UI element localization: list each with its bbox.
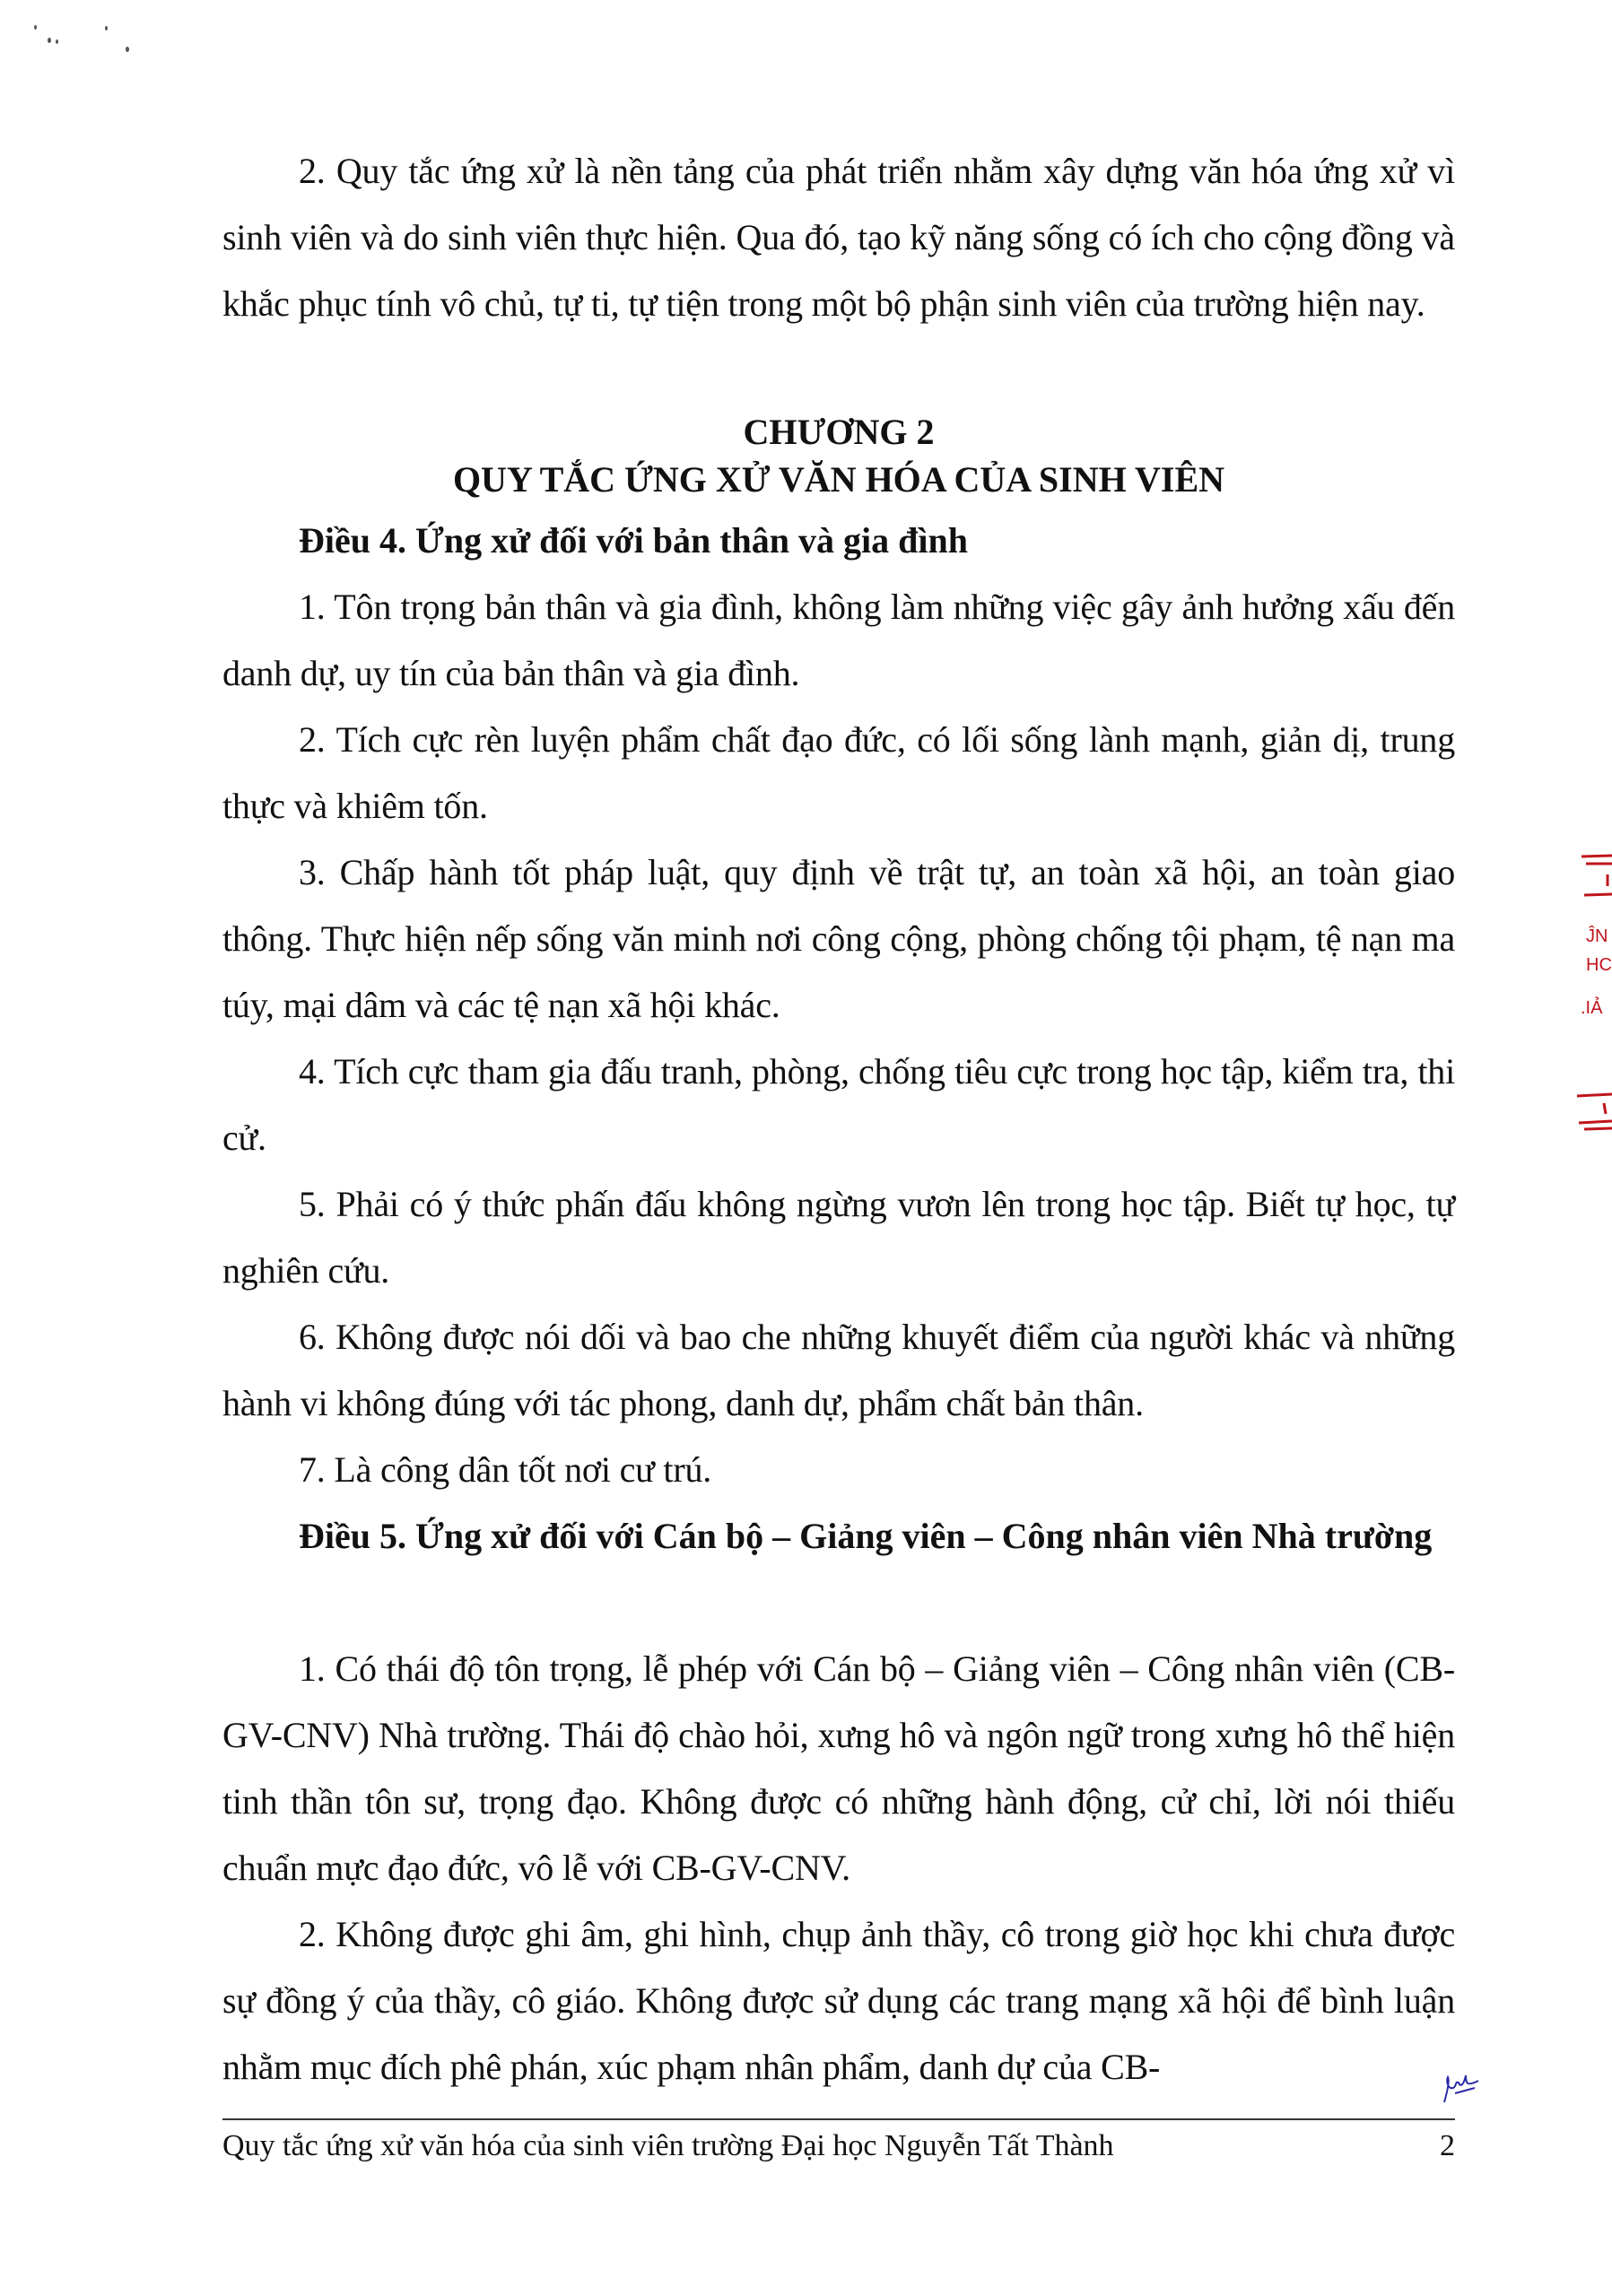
article-5-item-2: 2. Không được ghi âm, ghi hình, chụp ảnh… (222, 1901, 1455, 2100)
svg-text:.IẢ: .IẢ (1581, 997, 1603, 1018)
article-4-item-7: 7. Là công dân tốt nơi cư trú. (222, 1437, 1455, 1503)
scan-speck (56, 39, 58, 44)
intro-paragraph: 2. Quy tắc ứng xử là nền tảng của phát t… (222, 138, 1455, 337)
article-4-title: Điều 4. Ứng xử đối với bản thân và gia đ… (299, 508, 1455, 574)
scan-speck (48, 38, 51, 43)
chapter-title: QUY TẮC ỨNG XỬ VĂN HÓA CỦA SINH VIÊN (222, 456, 1455, 504)
article-5-title: Điều 5. Ứng xử đối với Cán bộ – Giảng vi… (222, 1503, 1455, 1570)
article-4-item-1: 1. Tôn trọng bản thân và gia đình, không… (222, 574, 1455, 707)
article-4-item-3: 3. Chấp hành tốt pháp luật, quy định về … (222, 839, 1455, 1039)
article-4-item-2: 2. Tích cực rèn luyện phẩm chất đạo đức,… (222, 707, 1455, 839)
scan-speck (126, 47, 129, 52)
page-number: 2 (1440, 2126, 1455, 2167)
footer-divider (222, 2118, 1455, 2120)
article-4-item-4: 4. Tích cực tham gia đấu tranh, phòng, c… (222, 1039, 1455, 1171)
handwritten-initials (1435, 2063, 1489, 2108)
chapter-number: CHƯƠNG 2 (222, 408, 1455, 457)
intro-first-line: 2. Quy tắc ứng xử là nền tảng của phát t… (299, 151, 1369, 191)
article-4-item-6: 6. Không được nói dối và bao che những k… (222, 1304, 1455, 1437)
scan-speck (34, 25, 37, 30)
article-5-item-1: 1. Có thái độ tôn trọng, lễ phép với Cán… (222, 1636, 1455, 1901)
svg-text:HC: HC (1586, 955, 1612, 975)
svg-text:ĴN: ĴN (1586, 926, 1608, 946)
footer-title: Quy tắc ứng xử văn hóa của sinh viên trư… (222, 2126, 1114, 2167)
scan-speck (105, 26, 108, 30)
article-4-item-5: 5. Phải có ý thức phấn đấu không ngừng v… (222, 1171, 1455, 1304)
official-stamp-fragment: ĴN HC .IẢ (1568, 834, 1612, 1148)
